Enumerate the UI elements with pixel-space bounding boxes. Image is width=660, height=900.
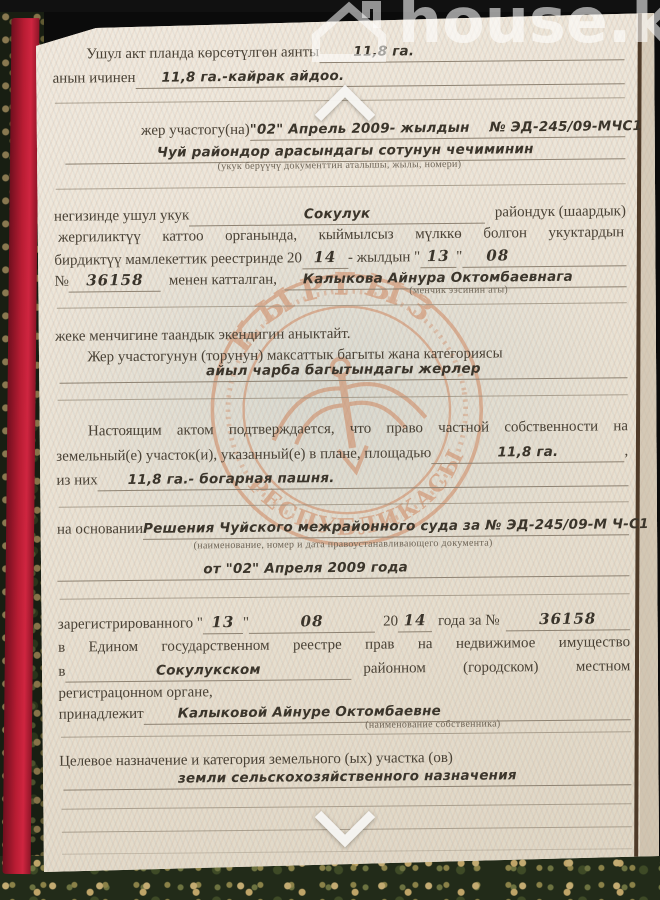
- value-area-ru: 11,8 га.: [497, 444, 558, 461]
- value-day-kg: 13: [427, 247, 450, 265]
- field-reg-year: 14: [398, 611, 432, 632]
- field-year-kg: 14: [302, 248, 348, 269]
- label-registry: бирдиктүү мамлекеттик реестринде 20: [54, 250, 302, 269]
- nav-down-chevron[interactable]: [312, 808, 378, 850]
- label-district-type-ru: районном (городском) местном: [363, 658, 630, 678]
- label-total-area: Ушул акт планда көрсөтүлгөн аянты: [86, 44, 319, 63]
- field-purpose-ru: земли сельскохозяйственного назначения: [63, 766, 631, 790]
- field-day-kg: 13: [420, 247, 456, 268]
- caption-owner-name-ru: (наименование собственника): [303, 718, 563, 731]
- value-basis-date: от "02" Апреля 2009 года: [203, 559, 408, 577]
- form-line-registered: зарегистрированного " 13 " 08 20 14 года…: [58, 609, 630, 635]
- document-page: КЫРГЫЗ РЕСПУБЛИКАСЫ Ушул акт планда кө: [0, 0, 660, 900]
- value-reg-year: 14: [404, 611, 427, 629]
- value-reg-number-ru: 36158: [539, 610, 596, 629]
- form-line-purpose-ru: земли сельскохозяйственного назначения: [63, 766, 631, 792]
- field-area-ru: 11,8 га.: [431, 443, 624, 464]
- caption-owner-name-kg: (менчик ээсинин аты): [329, 284, 589, 297]
- label-number-sign: №: [54, 274, 68, 291]
- text-unified-registry: в Едином государственном реестре прав на…: [58, 634, 630, 656]
- field-district: Сокулук: [189, 205, 485, 227]
- value-district-ru: Сокулукском: [156, 662, 261, 679]
- value-month-kg: 08: [486, 246, 509, 264]
- label-basis-right: негизинде ушул укук: [54, 207, 190, 225]
- value-reg-month: 08: [301, 612, 324, 630]
- watermark-brand-text: house.kg: [398, 0, 660, 57]
- field-reg-day: 13: [203, 613, 243, 634]
- value-reg-day: 13: [211, 613, 234, 631]
- label-area-ru: земельный(е) участок(и), указанный(е) в …: [56, 445, 431, 466]
- value-purpose-ru: земли сельскохозяйственного назначения: [178, 767, 517, 786]
- value-of-which-ru: 11,8 га.- богарная пашня.: [128, 470, 335, 488]
- field-of-which-ru: 11,8 га.- богарная пашня.: [98, 467, 629, 491]
- label-registered: зарегистрированного ": [58, 615, 203, 633]
- watermark-house-icon: [306, 0, 392, 62]
- field-reg-number-ru: 36158: [505, 609, 629, 631]
- label-year-word: - жылдын ": [348, 249, 420, 267]
- label-district-type: райондук (шаардык): [495, 203, 626, 221]
- field-reg-month: 08: [249, 612, 375, 634]
- label-parcel: жер участогу(на): [141, 122, 250, 140]
- label-basis: на основании: [57, 521, 143, 539]
- field-of-which: 11,8 га.-кайрак айдоо.: [135, 65, 624, 89]
- label-registration-organ: регистрацонном органе,: [58, 684, 212, 702]
- text-act-confirm-1: Настоящим актом подтверждается, что прав…: [88, 418, 628, 440]
- field-parcel-doc: "02" Апрель 2009- жылдын № ЭД-245/09-МЧС…: [250, 118, 626, 141]
- photo-viewer: КЫРГЫЗ РЕСПУБЛИКАСЫ Ушул акт планда кө: [0, 0, 660, 900]
- label-comma: ,: [624, 443, 628, 460]
- label-registered-with: менен катталган,: [169, 272, 277, 290]
- label-belongs-to: принадлежит: [59, 706, 144, 724]
- form-line-purpose-kg: айыл чарба багытындагы жерлер: [59, 359, 627, 385]
- form-line-of-which-ru: из них 11,8 га.- богарная пашня.: [56, 467, 628, 493]
- field-reg-number-kg: 36158: [69, 271, 161, 293]
- nav-up-chevron[interactable]: [312, 82, 378, 124]
- blank-line: [56, 183, 626, 189]
- field-district-ru: Сокулукском: [65, 661, 351, 683]
- label-of-which: анын ичинен: [53, 70, 136, 88]
- field-month-kg: 08: [462, 245, 626, 268]
- blank-line: [60, 593, 630, 599]
- document-content: КЫРГЫЗ РЕСПУБЛИКАСЫ Ушул акт планда кө: [0, 0, 660, 900]
- label-year-20: 20: [383, 613, 398, 630]
- value-year-kg: 14: [313, 248, 336, 266]
- value-district-kg: Сокулук: [304, 206, 371, 223]
- label-year-for-number: года за №: [438, 612, 500, 630]
- form-line-area-ru: земельный(е) участок(и), указанный(е) в …: [56, 443, 628, 469]
- field-basis-date: от "02" Апреля 2009 года: [57, 557, 629, 581]
- label-ownership-confirm: жеке менчигине таандык экендигин аныктай…: [55, 326, 351, 346]
- value-doc-number: № ЭД-245/09-МЧС1: [489, 118, 642, 135]
- value-purpose-kg: айыл чарба багытындагы жерлер: [206, 361, 481, 380]
- label-of-which-ru: из них: [56, 472, 97, 489]
- field-purpose-kg: айыл чарба багытындагы жерлер: [59, 359, 627, 383]
- form-line-basis-date: от "02" Апреля 2009 года: [57, 557, 629, 583]
- value-reg-number-kg: 36158: [86, 271, 143, 290]
- blank-line: [61, 731, 631, 737]
